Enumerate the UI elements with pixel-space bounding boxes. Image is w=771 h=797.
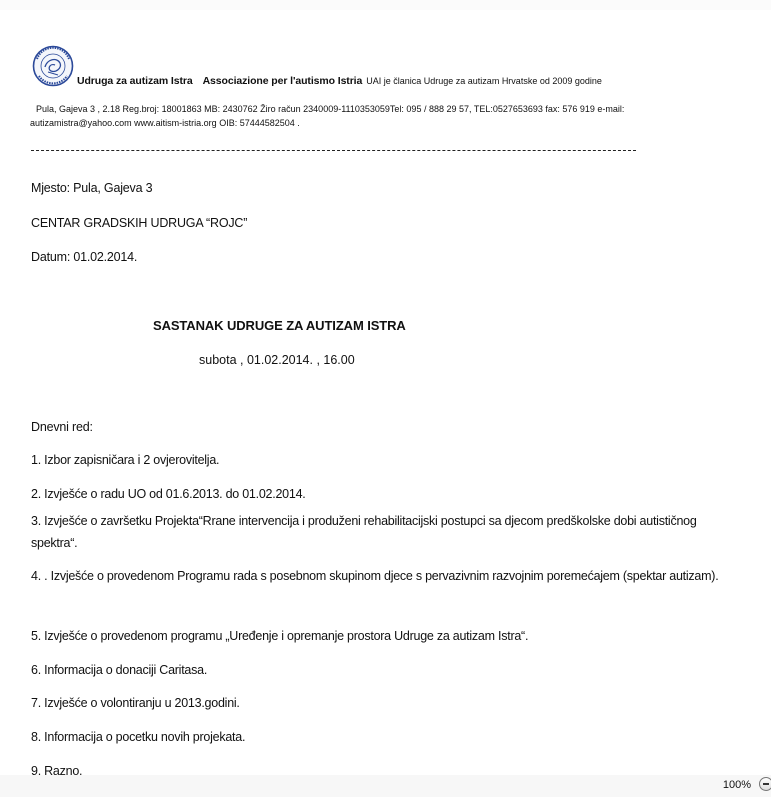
agenda-item: 6. Informacija o donaciji Caritasa. [31,663,207,677]
org-name-italian: Associazione per l'autismo Istria [203,75,363,87]
status-bar: 100% [0,775,771,797]
venue-line: CENTAR GRADSKIH UDRUGA “ROJC” [31,216,247,230]
agenda-item: 7. Izvješće o volontiranju u 2013.godini… [31,696,240,710]
header-divider [31,150,636,152]
zoom-out-icon[interactable] [759,777,771,791]
date-line: Datum: 01.02.2014. [31,250,137,264]
org-name-croatian: Udruga za autizam Istra [77,75,193,87]
agenda-item: 5. Izvješće o provedenom programu „Uređe… [31,629,528,643]
window-top-band [0,0,771,10]
agenda-item: 1. Izbor zapisničara i 2 ovjerovitelja. [31,453,219,467]
meeting-datetime: subota , 01.02.2014. , 16.00 [199,353,355,367]
agenda-item: 3. Izvješće o završetku Projekta“Rrane i… [31,510,731,554]
agenda-item: 4. . Izvješće o provedenom Programu rada… [31,565,731,587]
agenda-item: 8. Informacija o pocetku novih projekata… [31,730,245,744]
agenda-heading: Dnevni red: [31,420,93,434]
zoom-level: 100% [723,779,751,791]
document-page: Udruga za autizam IstraAssociazione per … [0,10,771,775]
address-line-2: autizamistra@yahoo.com www.aitism-istria… [30,118,300,128]
address-line-1: Pula, Gajeva 3 , 2.18 Reg.broj: 18001863… [36,104,624,114]
association-stamp-logo-icon [31,45,75,87]
agenda-item: 2. Izvješće o radu UO od 01.6.2013. do 0… [31,487,306,501]
location-line: Mjesto: Pula, Gajeva 3 [31,181,152,195]
organization-header: Udruga za autizam IstraAssociazione per … [77,75,602,87]
meeting-title: SASTANAK UDRUGE ZA AUTIZAM ISTRA [153,318,406,333]
membership-note: UAI je članica Udruge za autizam Hrvatsk… [366,76,602,86]
